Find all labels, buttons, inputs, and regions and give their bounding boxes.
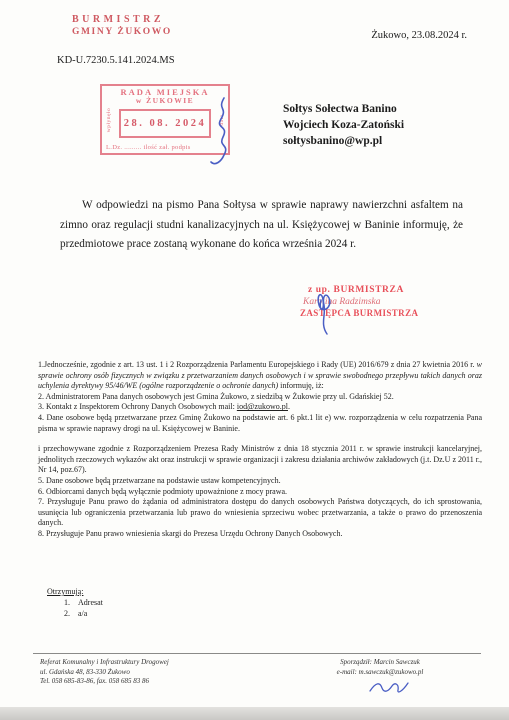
legal-item-3-lead: 3. Kontakt z Inspektorem Ochrony Danych … [38, 402, 237, 411]
footer-address: ul. Gdańska 48, 83-330 Żukowo [40, 668, 169, 678]
footer-divider [33, 653, 481, 654]
sender-letterhead: BURMISTRZ GMINY ŻUKOWO [72, 13, 172, 39]
legal-item-7: 7. Przysługuje Panu prawo do żądania od … [38, 497, 482, 529]
footer-phone: Tel. 058 685-83-86, fax. 058 685 83 86 [40, 677, 169, 687]
distribution-item-text: a/a [78, 609, 87, 618]
legal-item-1-tail: informuję, iż: [278, 381, 324, 390]
legal-item-2: 2. Administratorem Pana danych osobowych… [38, 392, 482, 403]
distribution-item-number: 2. [64, 608, 78, 619]
footer-department-block: Referat Komunalny i Infrastruktury Drogo… [40, 658, 169, 687]
distribution-list: Otrzymują: 1.Adresat 2.a/a [47, 586, 103, 619]
author-handwritten-initials-icon [368, 678, 410, 696]
distribution-item-number: 1. [64, 597, 78, 608]
recipient-role: Sołtys Sołectwa Banino [283, 101, 404, 117]
reference-number: KD-U.7230.5.141.2024.MS [57, 55, 175, 66]
legal-item-6: 6. Odbiorcami danych będą wyłącznie podm… [38, 487, 482, 498]
distribution-item: 1.Adresat [64, 597, 103, 608]
legal-item-3-tail: . [288, 402, 290, 411]
distribution-heading: Otrzymują: [47, 586, 103, 597]
legal-item-8: 8. Przysługuje Panu prawo wniesienia ska… [38, 529, 482, 540]
footer-author-email: e-mail: m.sawczuk@zukowo.pl [330, 668, 430, 678]
stamp-handwritten-signature-icon [203, 96, 233, 168]
legal-item-4: 4. Dane osobowe będą przetwarzane przez … [38, 413, 482, 434]
stamp-received-label: wpłynęło [106, 107, 112, 133]
recipient-name: Wojciech Koza-Zatoński [283, 117, 404, 133]
legal-item-1-lead: 1.Jednocześnie, zgodnie z art. 13 ust. 1… [38, 360, 477, 369]
legal-item-5: 5. Dane osobowe będą przetwarzane na pod… [38, 476, 482, 487]
scan-bottom-edge [0, 707, 509, 720]
legal-item-4-continuation: i przechowywane zgodnie z Rozporządzenie… [38, 444, 482, 476]
place-and-date: Żukowo, 23.08.2024 r. [371, 30, 467, 41]
stamp-date: 28. 08. 2024 [119, 109, 211, 138]
legal-item-3: 3. Kontakt z Inspektorem Ochrony Danych … [38, 402, 482, 413]
distribution-item: 2.a/a [64, 608, 103, 619]
footer-prepared-by: Sporządził: Marcin Sawczuk [330, 658, 430, 668]
sender-title: BURMISTRZ [72, 13, 172, 26]
deputy-handwritten-signature-icon [312, 288, 346, 338]
sender-municipality: GMINY ŻUKOWO [72, 26, 172, 39]
recipient-email: sołtysbanino@wp.pl [283, 133, 404, 149]
footer-author-block: Sporządził: Marcin Sawczuk e-mail: m.saw… [330, 658, 430, 677]
body-paragraph: W odpowiedzi na pismo Pana Sołtysa w spr… [60, 196, 463, 255]
dpo-email: iod@zukowo.pl [237, 402, 288, 411]
legal-item-1: 1.Jednocześnie, zgodnie z art. 13 ust. 1… [38, 360, 482, 392]
footer-department: Referat Komunalny i Infrastruktury Drogo… [40, 658, 169, 668]
distribution-item-text: Adresat [78, 598, 103, 607]
scanned-letter-page: BURMISTRZ GMINY ŻUKOWO Żukowo, 23.08.202… [0, 0, 509, 720]
stamp-registry-row: L.Dz. ......... ilość zał. podpis [106, 144, 191, 151]
recipient-block: Sołtys Sołectwa Banino Wojciech Koza-Zat… [283, 101, 404, 149]
gdpr-legal-notice: 1.Jednocześnie, zgodnie z art. 13 ust. 1… [38, 360, 482, 540]
